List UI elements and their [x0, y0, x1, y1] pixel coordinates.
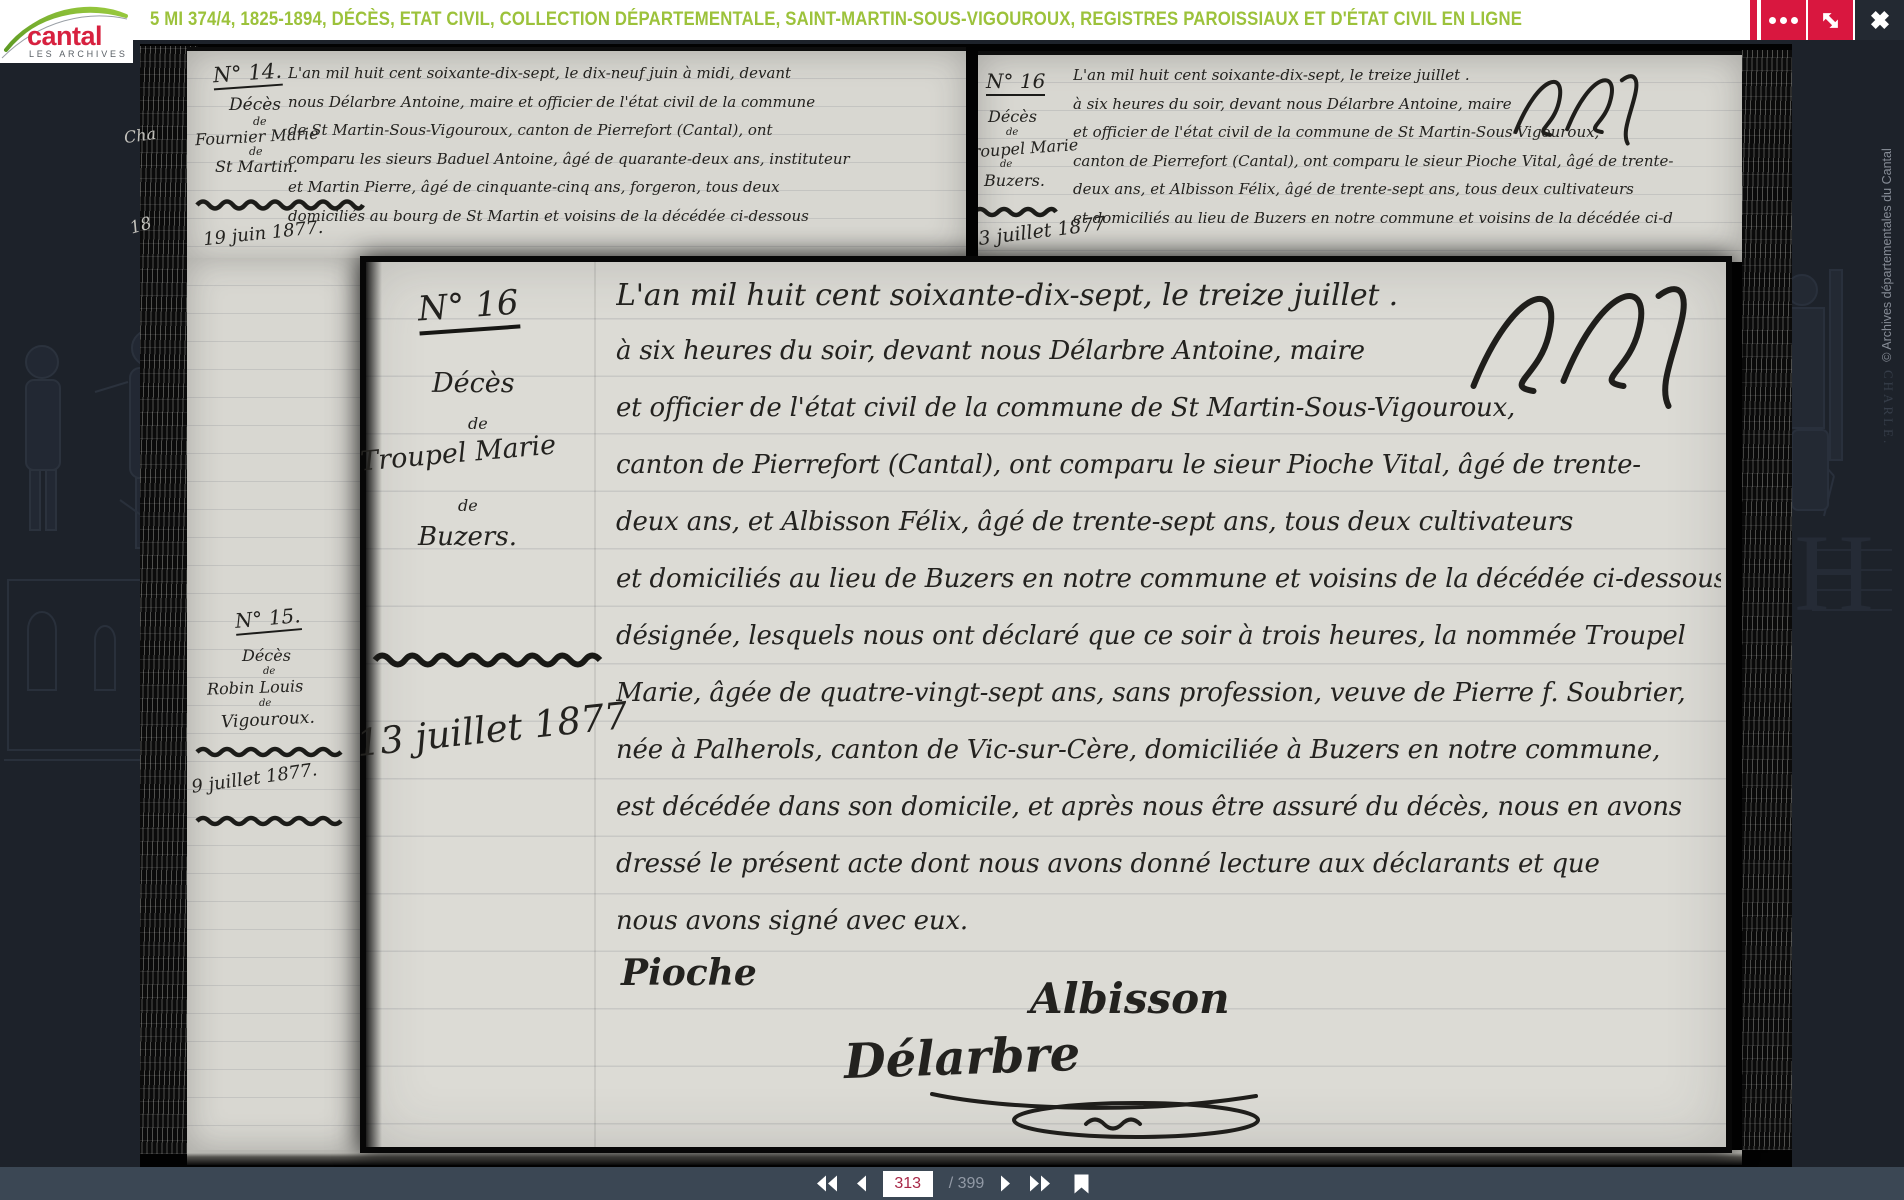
- body-line: et domiciliés au lieu de Buzers en notre…: [616, 564, 1721, 594]
- record-number: N° 16: [986, 69, 1045, 96]
- record-number: N° 15.: [234, 603, 302, 636]
- margin-note: Décès: [229, 95, 281, 115]
- body-line: nous avons signé avec eux.: [616, 906, 1721, 936]
- close-icon: [1870, 10, 1890, 30]
- margin-date: 13 juillet 1877: [354, 694, 629, 765]
- record-n14: N° 14. Décès de Fournier Marie de St Mar…: [187, 47, 966, 266]
- pagination-toolbar: / 399: [0, 1167, 1904, 1200]
- margin-date: 9 juillet 1877.: [190, 759, 318, 797]
- signature-flourish: [926, 1080, 1286, 1142]
- double-chevron-right-icon: [1028, 1175, 1052, 1192]
- previous-page-button[interactable]: [855, 1172, 867, 1196]
- signature: Pioche: [621, 952, 757, 994]
- logo-brand-text: cantal: [27, 21, 102, 52]
- header-bar: 5 MI 374/4, 1825-1894, DÉCÈS, ETAT CIVIL…: [0, 0, 1904, 40]
- body-line: Marie, âgée de quatre-vingt-sept ans, sa…: [616, 678, 1721, 708]
- copyright-strip: © Archives départementales du Cantal: [1870, 40, 1904, 470]
- page-total-label: / 399: [949, 1175, 985, 1193]
- margin-note: de: [468, 414, 488, 433]
- margin-note: de: [458, 496, 478, 515]
- signature: Albisson: [1030, 974, 1230, 1023]
- body-line: domiciliés au bourg de St Martin et vois…: [288, 202, 956, 231]
- mayor-paraph: [1451, 266, 1696, 426]
- separator-squiggle: [978, 205, 1058, 218]
- page-number-input[interactable]: [883, 1171, 933, 1197]
- chevron-left-icon: [855, 1175, 867, 1192]
- record-body: L'an mil huit cent soixante-dix-sept, le…: [288, 59, 956, 230]
- body-line: et domiciliés au lieu de Buzers en notre…: [1073, 204, 1673, 233]
- diagonal-arrows-icon: [1821, 11, 1840, 30]
- mayor-paraph: [1498, 63, 1648, 155]
- margin-note: de: [259, 698, 271, 709]
- margin-note: de: [1006, 127, 1018, 138]
- margin-note: St Martin.: [215, 157, 298, 176]
- record-n16-top: N° 16 Décès de Troupel Marie de Buzers. …: [978, 51, 1742, 262]
- margin-note: Buzers.: [418, 522, 517, 552]
- margin-note: Vigouroux.: [221, 708, 316, 733]
- last-page-button[interactable]: [1028, 1172, 1052, 1196]
- record-n15-margin-column: N° 15. Décès de Robin Louis de Vigouroux…: [187, 258, 360, 1150]
- record-number: N° 16: [417, 283, 521, 336]
- margin-note: de: [263, 666, 275, 677]
- separator-squiggle: [195, 814, 347, 827]
- body-line: désignée, lesquels nous ont déclaré que …: [616, 621, 1721, 651]
- inset-page-shadow: [366, 262, 382, 1147]
- magnifier-inset[interactable]: N° 16 Décès de Troupel Marie de Buzers. …: [360, 256, 1732, 1153]
- bookmark-icon: [1074, 1174, 1089, 1194]
- cantal-logo[interactable]: cantal LES ARCHIVES: [0, 0, 133, 63]
- record-number: N° 14.: [212, 59, 283, 91]
- logo-tagline: LES ARCHIVES: [29, 49, 128, 59]
- margin-note: Troupel Marie: [359, 430, 557, 478]
- margin-note: Décès: [432, 368, 515, 399]
- body-line: canton de Pierrefort (Cantal), ont compa…: [616, 450, 1721, 480]
- copyright-text: © Archives départementales du Cantal: [1880, 148, 1894, 362]
- margin-note: Robin Louis: [207, 676, 304, 698]
- book-right-edge: [1742, 50, 1792, 1150]
- margin-note: Troupel Marie: [978, 135, 1079, 162]
- close-button[interactable]: [1855, 0, 1904, 40]
- margin-note: Décès: [988, 107, 1037, 126]
- archive-viewer: H CHARLE. Cha 18 N° 14. Décès de Fournie…: [0, 0, 1904, 1200]
- document-title: 5 MI 374/4, 1825-1894, DÉCÈS, ETAT CIVIL…: [150, 0, 1522, 40]
- separator-squiggle: [372, 650, 608, 668]
- first-page-button[interactable]: [815, 1172, 839, 1196]
- body-line: est décédée dans son domicile, et après …: [616, 792, 1721, 822]
- body-line: L'an mil huit cent soixante-dix-sept, le…: [288, 59, 956, 88]
- margin-note: de: [1000, 159, 1012, 170]
- body-line: deux ans, et Albisson Félix, âgé de tren…: [616, 507, 1721, 537]
- chevron-right-icon: [1000, 1175, 1012, 1192]
- body-line: et Martin Pierre, âgé de cinquante-cinq …: [288, 173, 956, 202]
- document-canvas[interactable]: Cha 18 N° 14. Décès de Fournier Marie de…: [140, 44, 1792, 1167]
- next-page-button[interactable]: [1000, 1172, 1012, 1196]
- fullscreen-button[interactable]: [1808, 0, 1853, 40]
- double-chevron-left-icon: [815, 1175, 839, 1192]
- bookmark-button[interactable]: [1074, 1172, 1089, 1196]
- body-line: dressé le présent acte dont nous avons d…: [616, 849, 1721, 879]
- body-line: de St Martin-Sous-Vigouroux, canton de P…: [288, 116, 956, 145]
- red-accent-sliver: [1750, 0, 1757, 40]
- body-line: née à Palherols, canton de Vic-sur-Cère,…: [616, 735, 1721, 765]
- more-options-button[interactable]: [1761, 0, 1806, 40]
- watermark-letter-h: H: [1794, 512, 1873, 634]
- body-line: comparu les sieurs Baduel Antoine, âgé d…: [288, 145, 956, 174]
- ellipsis-icon: [1769, 17, 1798, 24]
- margin-note: Décès: [242, 646, 291, 665]
- separator-squiggle: [195, 745, 347, 758]
- body-line: nous Délarbre Antoine, maire et officier…: [288, 88, 956, 117]
- margin-note: Buzers.: [984, 171, 1045, 190]
- body-line: deux ans, et Albisson Félix, âgé de tren…: [1073, 175, 1673, 204]
